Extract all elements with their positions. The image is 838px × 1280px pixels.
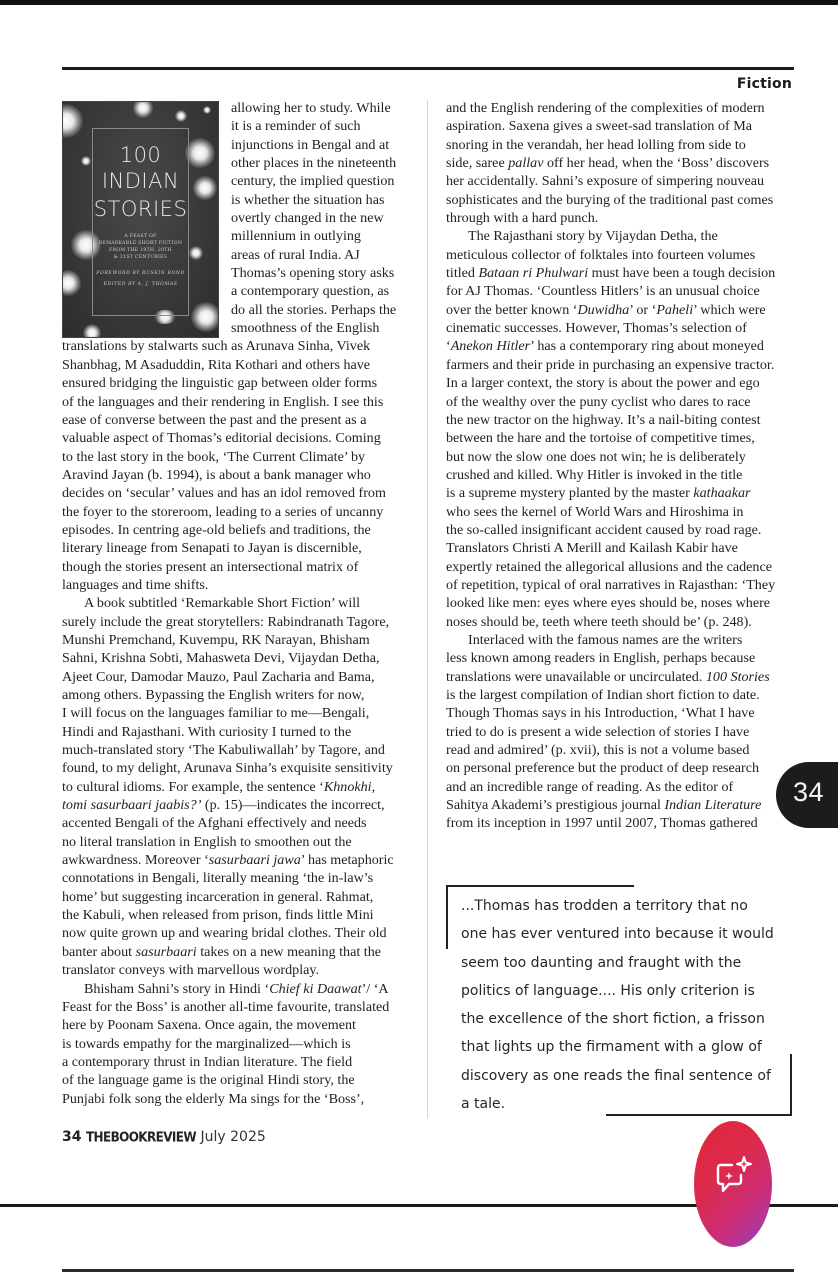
text-line: tomi sasurbaari jaabis?’ (p. 15)—indicat… bbox=[62, 796, 412, 814]
publication-logo: THEBOOKREVIEW bbox=[86, 1129, 196, 1144]
text-line: areas of rural India. AJ bbox=[62, 246, 412, 264]
text-line: no literal translation in English to smo… bbox=[62, 833, 412, 851]
text-line: tried to do is present a wide selection … bbox=[446, 723, 796, 741]
quote-line: that lights up the firmament with a glow… bbox=[461, 1033, 791, 1061]
text-line: it is a reminder of such bbox=[62, 117, 412, 135]
italic-run: Khnokhi, bbox=[324, 779, 375, 795]
text-line: found, to my delight, Arunava Sinha’s ex… bbox=[62, 759, 412, 777]
italic-run: Duwidha bbox=[578, 302, 630, 318]
text-run: Sahitya Akademi’s prestigious journal bbox=[446, 797, 664, 813]
text-line: valuable aspect of Thomas’s editorial de… bbox=[62, 429, 412, 447]
text-line: overtly changed in the new bbox=[62, 209, 412, 227]
top-edge-bar bbox=[0, 0, 838, 5]
text-line: the Kabuli, when released from prison, f… bbox=[62, 906, 412, 924]
text-line: a contemporary thrust in Indian literatu… bbox=[62, 1053, 412, 1071]
text-line: Sahni, Krishna Sobti, Mahasweta Devi, Vi… bbox=[62, 649, 412, 667]
text-line: other places in the nineteenth bbox=[62, 154, 412, 172]
text-line: translations by stalwarts such as Arunav… bbox=[62, 337, 412, 355]
text-run: Bhisham Sahni’s story in Hindi ‘ bbox=[84, 981, 269, 997]
quote-line: seem too daunting and fraught with the bbox=[461, 949, 791, 977]
text-line: farmers and their pride in purchasing an… bbox=[446, 356, 796, 374]
text-line: century, the implied question bbox=[62, 172, 412, 190]
text-line: smoothness of the English bbox=[62, 319, 412, 337]
issue-date: July 2025 bbox=[201, 1129, 266, 1145]
text-line: to the last story in the book, ‘The Curr… bbox=[62, 448, 412, 466]
italic-run: 100 Stories bbox=[706, 669, 770, 685]
pull-quote-text: ...Thomas has trodden a territory that n… bbox=[461, 892, 791, 1118]
text-run: translations were unavailable or uncircu… bbox=[446, 669, 706, 685]
text-line: among others. Bypassing the English writ… bbox=[62, 686, 412, 704]
text-line: In a larger context, the story is about … bbox=[446, 374, 796, 392]
text-run: titled bbox=[446, 265, 479, 281]
text-line: of the languages and their rendering in … bbox=[62, 393, 412, 411]
text-line: the so-called insignificant accident cau… bbox=[446, 521, 796, 539]
text-line: is the largest compilation of Indian sho… bbox=[446, 686, 796, 704]
text-line: awkwardness. Moreover ‘sasurbaari jawa’ … bbox=[62, 851, 412, 869]
text-run: ’ has a contemporary ring about moneyed bbox=[530, 338, 764, 354]
text-line: expertly retained the allegorical allusi… bbox=[446, 558, 796, 576]
text-line: less known among readers in English, per… bbox=[446, 649, 796, 667]
text-line: Sahitya Akademi’s prestigious journal In… bbox=[446, 796, 796, 814]
section-label: Fiction bbox=[737, 76, 792, 92]
article-column-left: allowing her to study. While it is a rem… bbox=[62, 99, 412, 1108]
text-line: episodes. In centring age-old beliefs an… bbox=[62, 521, 412, 539]
italic-run: Paheli bbox=[656, 302, 693, 318]
text-line: the foyer to the storeroom, leading to a… bbox=[62, 503, 412, 521]
text-line: though the stories present an intersecti… bbox=[62, 558, 412, 576]
text-run: (p. 15)—indicates the incorrect, bbox=[201, 797, 384, 813]
text-line: over the better known ‘Duwidha’ or ‘Pahe… bbox=[446, 301, 796, 319]
page-footer: 34 THEBOOKREVIEW July 2025 bbox=[62, 1129, 266, 1145]
text-line: translator conveys with marvellous wordp… bbox=[62, 961, 412, 979]
text-line: but now the slow one does not win; he is… bbox=[446, 448, 796, 466]
text-line: is whether the situation has bbox=[62, 191, 412, 209]
text-line: here by Poonam Saxena. Once again, the m… bbox=[62, 1016, 412, 1034]
text-run: over the better known ‘ bbox=[446, 302, 578, 318]
text-line: do all the stories. Perhaps the bbox=[62, 301, 412, 319]
text-run: to cultural idioms. For example, the sen… bbox=[62, 779, 324, 795]
text-line: of the wealthy over the puny cyclist who… bbox=[446, 393, 796, 411]
text-line: and an incredible range of reading. As t… bbox=[446, 778, 796, 796]
text-line: sophisticates and the burying of the tra… bbox=[446, 191, 796, 209]
text-line: literary lineage from Senapati to Jayan … bbox=[62, 539, 412, 557]
text-run: takes on a new meaning that the bbox=[197, 944, 381, 960]
text-line: meticulous collector of folktales into f… bbox=[446, 246, 796, 264]
text-line: aspiration. Saxena gives a sweet-sad tra… bbox=[446, 117, 796, 135]
text-line: surely include the great storytellers: R… bbox=[62, 613, 412, 631]
text-line: side, saree pallav off her head, when th… bbox=[446, 154, 796, 172]
text-line: Aravind Jayan (b. 1994), is about a bank… bbox=[62, 466, 412, 484]
text-line: Translators Christi A Merill and Kailash… bbox=[446, 539, 796, 557]
text-run: side, saree bbox=[446, 155, 508, 171]
text-line: from its inception in 1997 until 2007, T… bbox=[446, 814, 796, 832]
quote-line: discovery as one reads the final sentenc… bbox=[461, 1062, 791, 1090]
text-line: the new tractor on the highway. It’s a n… bbox=[446, 411, 796, 429]
text-line: a contemporary question, as bbox=[62, 282, 412, 300]
text-run: ’ which were bbox=[693, 302, 766, 318]
text-line: I will focus on the languages familiar t… bbox=[62, 704, 412, 722]
italic-run: Chief ki Daawat bbox=[269, 981, 361, 997]
text-line: The Rajasthani story by Vijaydan Detha, … bbox=[446, 227, 796, 245]
quote-line: one has ever ventured into because it wo… bbox=[461, 920, 791, 948]
text-run: banter about bbox=[62, 944, 136, 960]
text-run: is a supreme mystery planted by the mast… bbox=[446, 485, 693, 501]
italic-run: tomi sasurbaari jaabis?’ bbox=[62, 797, 201, 813]
ai-chat-button[interactable] bbox=[694, 1121, 772, 1247]
text-line: decides on ‘secular’ values and has an i… bbox=[62, 484, 412, 502]
text-line: through with a hard punch. bbox=[446, 209, 796, 227]
text-line: snoring in the verandah, her head lollin… bbox=[446, 136, 796, 154]
text-line: Feast for the Boss’ is another all-time … bbox=[62, 998, 412, 1016]
text-line: Munshi Premchand, Kuvempu, RK Narayan, B… bbox=[62, 631, 412, 649]
text-line: looked like men: eyes where eyes should … bbox=[446, 594, 796, 612]
text-line: ensured bridging the linguistic gap betw… bbox=[62, 374, 412, 392]
italic-run: Bataan ri Phulwari bbox=[479, 265, 589, 281]
quote-bracket-left bbox=[446, 885, 448, 949]
text-line: home’ but suggesting incarceration in ge… bbox=[62, 888, 412, 906]
text-line: translations were unavailable or uncircu… bbox=[446, 668, 796, 686]
italic-run: Indian Literature bbox=[664, 797, 761, 813]
text-run: off her head, when the ‘Boss’ discovers bbox=[543, 155, 769, 171]
text-line: of the language game is the original Hin… bbox=[62, 1071, 412, 1089]
text-line: injunctions in Bengal and at bbox=[62, 136, 412, 154]
text-line: Thomas’s opening story asks bbox=[62, 264, 412, 282]
text-line: connotations in Bengali, literally meani… bbox=[62, 869, 412, 887]
article-column-right: and the English rendering of the complex… bbox=[446, 99, 796, 833]
quote-line: ...Thomas has trodden a territory that n… bbox=[461, 892, 791, 920]
text-line: banter about sasurbaari takes on a new m… bbox=[62, 943, 412, 961]
text-run: ’/ ‘A bbox=[362, 981, 389, 997]
text-line: titled Bataan ri Phulwari must have been… bbox=[446, 264, 796, 282]
header-rule bbox=[62, 67, 794, 70]
text-line: noses should be, teeth where teeth shoul… bbox=[446, 613, 796, 631]
text-line: Though Thomas says in his Introduction, … bbox=[446, 704, 796, 722]
text-line: allowing her to study. While bbox=[62, 99, 412, 117]
text-line: is a supreme mystery planted by the mast… bbox=[446, 484, 796, 502]
text-line: languages and time shifts. bbox=[62, 576, 412, 594]
italic-run: Anekon Hitler bbox=[451, 338, 530, 354]
text-line: read and admired’ (p. xvii), this is not… bbox=[446, 741, 796, 759]
text-line: her accidentally. Sahni’s exposure of si… bbox=[446, 172, 796, 190]
text-run: ’ has metaphoric bbox=[301, 852, 394, 868]
text-line: ‘Anekon Hitler’ has a contemporary ring … bbox=[446, 337, 796, 355]
quote-line: the excellence of the short fiction, a f… bbox=[461, 1005, 791, 1033]
text-line: A book subtitled ‘Remarkable Short Ficti… bbox=[62, 594, 412, 612]
text-line: who sees the kernel of World Wars and Hi… bbox=[446, 503, 796, 521]
italic-run: kathaakar bbox=[693, 485, 750, 501]
text-line: Ajeet Cour, Damodar Mauzo, Paul Zacharia… bbox=[62, 668, 412, 686]
page-indicator[interactable]: 34 bbox=[776, 762, 838, 828]
text-run: ’ or ‘ bbox=[629, 302, 656, 318]
text-line: on personal preference but the product o… bbox=[446, 759, 796, 777]
text-line: crushed and killed. Why Hitler is invoke… bbox=[446, 466, 796, 484]
text-line: cinematic successes. However, Thomas’s s… bbox=[446, 319, 796, 337]
text-line: accented Bengali of the Afghani effectiv… bbox=[62, 814, 412, 832]
text-line: Bhisham Sahni’s story in Hindi ‘Chief ki… bbox=[62, 980, 412, 998]
footer-page-number: 34 bbox=[62, 1129, 81, 1145]
italic-run: pallav bbox=[508, 155, 543, 171]
ai-chat-sparkle-icon bbox=[716, 1155, 752, 1199]
text-line: millennium in outlying bbox=[62, 227, 412, 245]
text-line: Hindi and Rajasthani. With curiosity I t… bbox=[62, 723, 412, 741]
text-line: for AJ Thomas. ‘Countless Hitlers’ is an… bbox=[446, 282, 796, 300]
next-page-header-rule bbox=[62, 1269, 794, 1272]
italic-run: sasurbaari jawa bbox=[209, 852, 301, 868]
quote-line: a tale. bbox=[461, 1090, 791, 1118]
pull-quote: ...Thomas has trodden a territory that n… bbox=[446, 880, 796, 1118]
text-line: much-translated story ‘The Kabuliwallah’… bbox=[62, 741, 412, 759]
quote-bracket-top bbox=[446, 885, 634, 887]
text-line: of repetition, typical of oral narrative… bbox=[446, 576, 796, 594]
text-line: Punjabi folk song the elderly Ma sings f… bbox=[62, 1090, 412, 1108]
column-divider bbox=[427, 100, 428, 1118]
text-line: Interlaced with the famous names are the… bbox=[446, 631, 796, 649]
text-line: between the hare and the tortoise of com… bbox=[446, 429, 796, 447]
quote-line: politics of language.... His only criter… bbox=[461, 977, 791, 1005]
text-line: ease of converse between the past and th… bbox=[62, 411, 412, 429]
page-indicator-label: 34 bbox=[793, 777, 824, 808]
text-line: and the English rendering of the complex… bbox=[446, 99, 796, 117]
text-run: awkwardness. Moreover ‘ bbox=[62, 852, 209, 868]
text-run: must have been a tough decision bbox=[588, 265, 775, 281]
text-line: Shanbhag, M Asaduddin, Rita Kothari and … bbox=[62, 356, 412, 374]
text-line: to cultural idioms. For example, the sen… bbox=[62, 778, 412, 796]
text-line: is towards empathy for the marginalized—… bbox=[62, 1035, 412, 1053]
text-line: now quite grown up and wearing bridal cl… bbox=[62, 924, 412, 942]
italic-run: sasurbaari bbox=[136, 944, 197, 960]
